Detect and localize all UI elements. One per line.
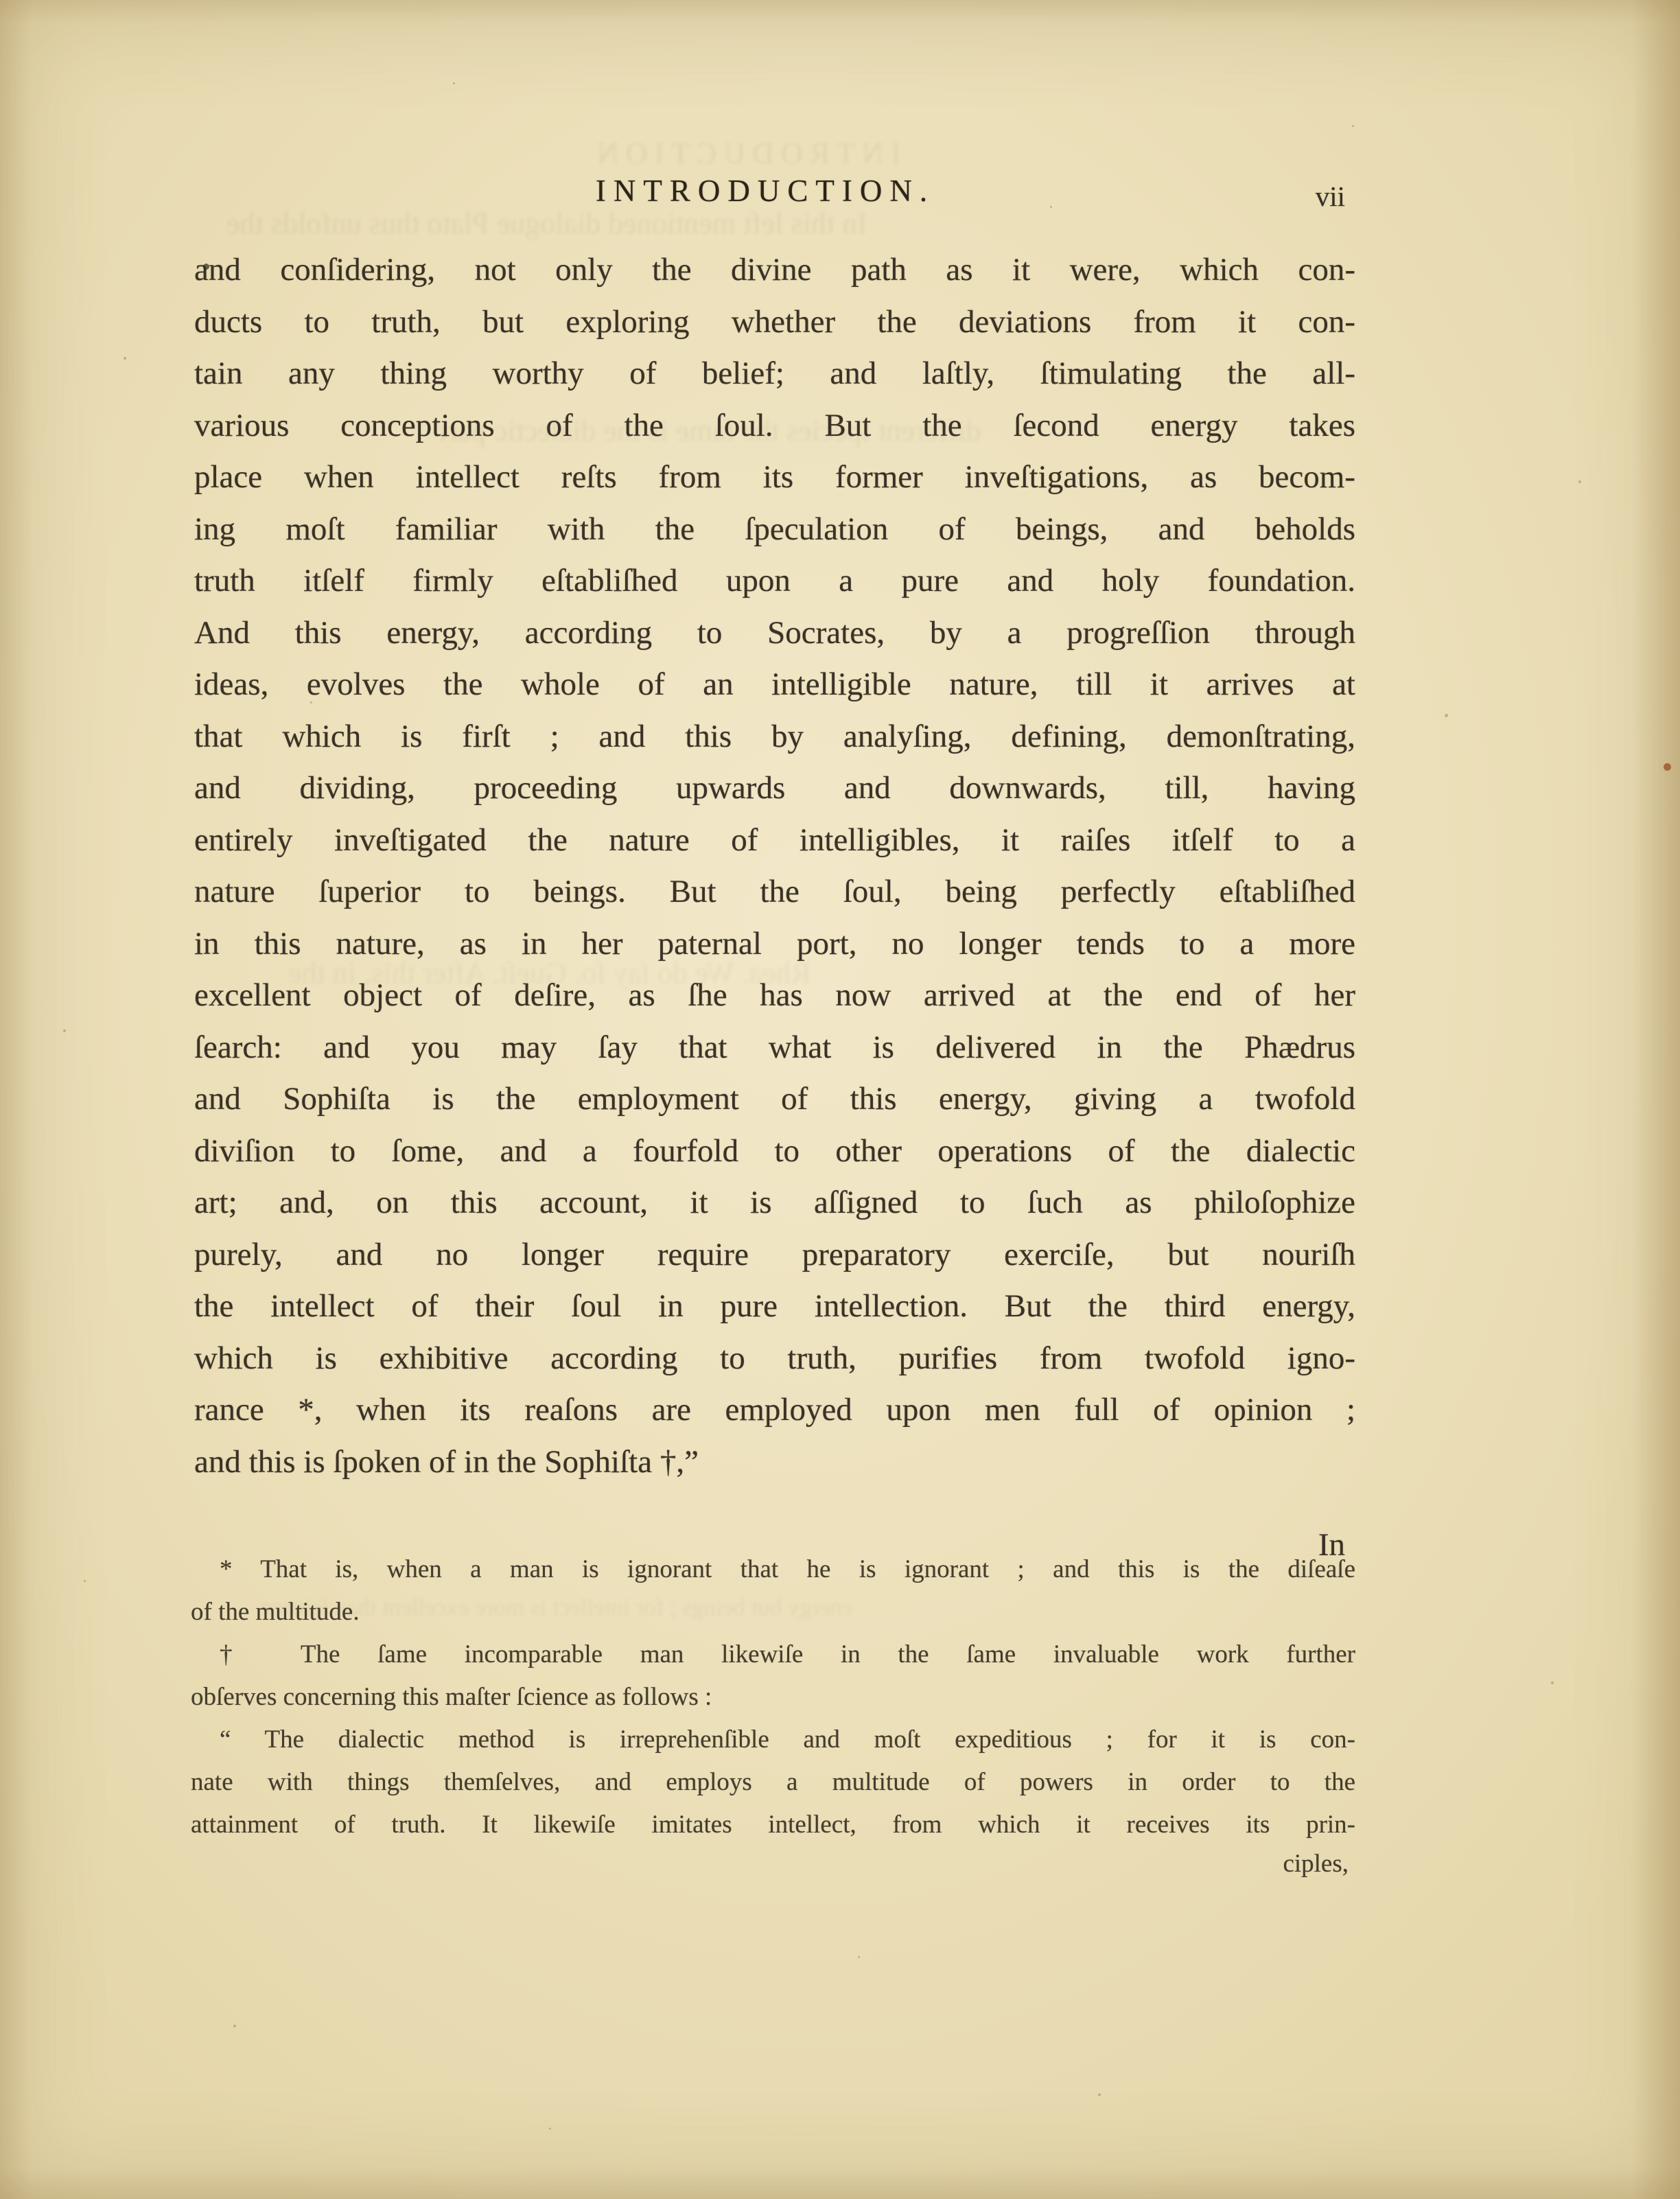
- footnote-line: * That is, when a man is ignorant that h…: [191, 1548, 1355, 1591]
- body-line: nature ſuperior to beings. But the ſoul,…: [194, 866, 1355, 918]
- paper-speck: [549, 2128, 551, 2130]
- body-line: and this is ſpoken of in the Sophiſta †,…: [194, 1436, 1355, 1489]
- body-line: place when intellect reſts from its form…: [194, 452, 1355, 504]
- page-edge-left: [0, 0, 32, 2199]
- body-line: art; and, on this account, it is aſſigne…: [194, 1177, 1355, 1229]
- body-line: in this nature, as in her paternal port,…: [194, 918, 1355, 970]
- paper-speck: [1551, 1682, 1554, 1684]
- body-line: and conſidering, not only the divine pat…: [194, 244, 1355, 296]
- body-line: diviſion to ſome, and a fourfold to othe…: [194, 1126, 1355, 1178]
- body-line: purely, and no longer require preparator…: [194, 1229, 1355, 1281]
- paper-speck: [233, 2025, 236, 2027]
- catchword: ciples,: [1074, 1849, 1349, 1878]
- paper-speck: [1664, 763, 1671, 771]
- body-line: ducts to truth, but exploring whether th…: [194, 296, 1355, 349]
- paper-speck: [1098, 2093, 1101, 2096]
- page-edge-bottom: [0, 2167, 1680, 2199]
- book-page: INTRODUCTION In this left mentioned dial…: [0, 0, 1680, 2199]
- paper-speck: [1445, 714, 1448, 717]
- body-line: ing moſt familiar with the ſpeculation o…: [194, 504, 1355, 556]
- footnote-line: attainment of truth. It likewiſe imitate…: [191, 1804, 1355, 1846]
- footnote-line: obſerves concerning this maſter ſcience …: [191, 1676, 1355, 1719]
- body-line: truth itſelf firmly eſtabliſhed upon a p…: [194, 555, 1355, 607]
- page-edge-right: [1632, 0, 1680, 2199]
- page-edge-top: [0, 0, 1680, 23]
- body-line: various conceptions of the ſoul. But the…: [194, 400, 1355, 452]
- footnote-line: † The ſame incomparable man likewiſe in …: [191, 1633, 1355, 1676]
- body-line: and Sophiſta is the employment of this e…: [194, 1073, 1355, 1126]
- body-line: tain any thing worthy of belief; and laſ…: [194, 348, 1355, 400]
- showthrough-text: In this left mentioned dialogue Plato th…: [226, 206, 867, 241]
- body-line: ſearch: and you may ſay that what is del…: [194, 1022, 1355, 1074]
- paper-speck: [63, 1029, 66, 1032]
- paper-speck: [124, 357, 126, 360]
- body-line: the intellect of their ſoul in pure inte…: [194, 1281, 1355, 1333]
- paper-speck: [453, 82, 455, 84]
- body-line: which is exhibitive according to truth, …: [194, 1333, 1355, 1385]
- body-line: that which is firſt ; and this by analyſ…: [194, 711, 1355, 763]
- footnote-block: * That is, when a man is ignorant that h…: [191, 1548, 1355, 1846]
- body-line: and dividing, proceeding upwards and dow…: [194, 763, 1355, 815]
- body-line: excellent object of deſire, as ſhe has n…: [194, 970, 1355, 1022]
- main-text-block: and conſidering, not only the divine pat…: [194, 244, 1355, 1488]
- footnote-line: of the multitude.: [191, 1591, 1355, 1633]
- paper-speck: [84, 1580, 86, 1582]
- body-line: ideas, evolves the whole of an intelligi…: [194, 659, 1355, 711]
- footnote-line: nate with things themſelves, and employs…: [191, 1761, 1355, 1804]
- showthrough-text: INTRODUCTION: [590, 136, 900, 171]
- body-line: And this energy, according to Socrates, …: [194, 607, 1355, 660]
- footnote-line: “ The dialectic method is irreprehenſibl…: [191, 1719, 1355, 1761]
- paper-speck: [858, 1956, 860, 1958]
- paper-speck: [1352, 125, 1354, 127]
- body-line: rance *, when its reaſons are employed u…: [194, 1384, 1355, 1436]
- body-line: entirely inveſtigated the nature of inte…: [194, 815, 1355, 867]
- paper-speck: [1578, 480, 1581, 483]
- page-number: vii: [1139, 180, 1345, 213]
